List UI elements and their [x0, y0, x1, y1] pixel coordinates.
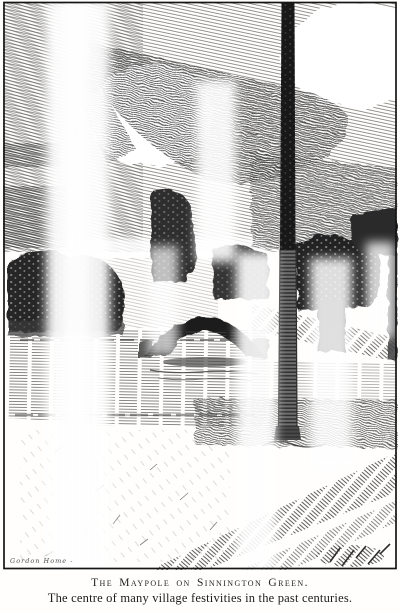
scanned-book-page: Gordon Home - The Maypole on Sinnington …: [0, 0, 400, 612]
caption-subtitle: The centre of many village festivities i…: [0, 591, 400, 606]
maypole-drawing: Gordon Home -: [0, 0, 400, 572]
artist-signature: Gordon Home -: [10, 557, 73, 565]
caption-title: The Maypole on Sinnington Green.: [0, 577, 400, 589]
caption-block: The Maypole on Sinnington Green. The cen…: [0, 577, 400, 606]
illustration-plate: Gordon Home -: [0, 0, 400, 572]
